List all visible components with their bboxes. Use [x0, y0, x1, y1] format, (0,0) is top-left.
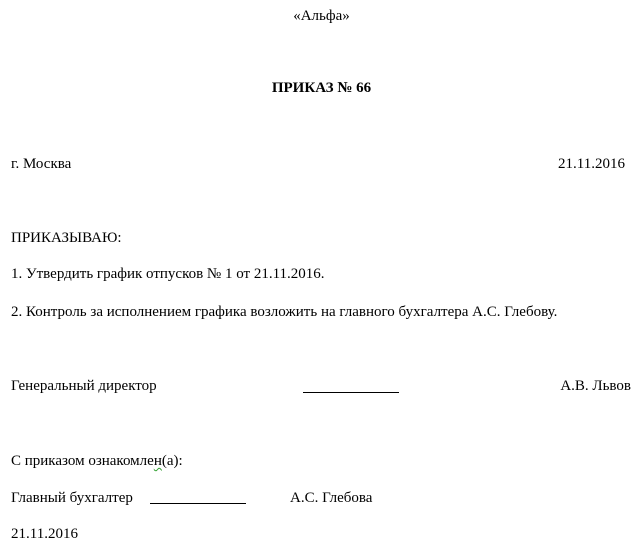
order-heading: ПРИКАЗЫВАЮ:: [11, 229, 122, 247]
order-item-1: 1. Утвердить график отпусков № 1 от 21.1…: [11, 265, 325, 283]
acknowledgement-label: С приказом ознакомлен(а):: [11, 452, 183, 470]
acknowledgement-label-suffix: (а):: [162, 453, 183, 469]
director-position: Генеральный директор: [11, 377, 157, 395]
accountant-signature-line: [150, 503, 246, 504]
director-name: А.В. Львов: [560, 377, 631, 395]
document-title: ПРИКАЗ № 66: [0, 79, 643, 97]
spellcheck-flagged-text: н: [154, 453, 162, 469]
acknowledgement-date: 21.11.2016: [11, 525, 78, 543]
acknowledgement-label-prefix: С приказом ознакомле: [11, 453, 154, 469]
city: г. Москва: [11, 155, 71, 173]
document-date: 21.11.2016: [558, 155, 625, 173]
organization-name: «Альфа»: [0, 7, 643, 25]
accountant-name: А.С. Глебова: [290, 489, 372, 507]
accountant-position: Главный бухгалтер: [11, 489, 133, 507]
order-item-2: 2. Контроль за исполнением графика возло…: [11, 303, 557, 321]
director-signature-line: [303, 392, 399, 393]
